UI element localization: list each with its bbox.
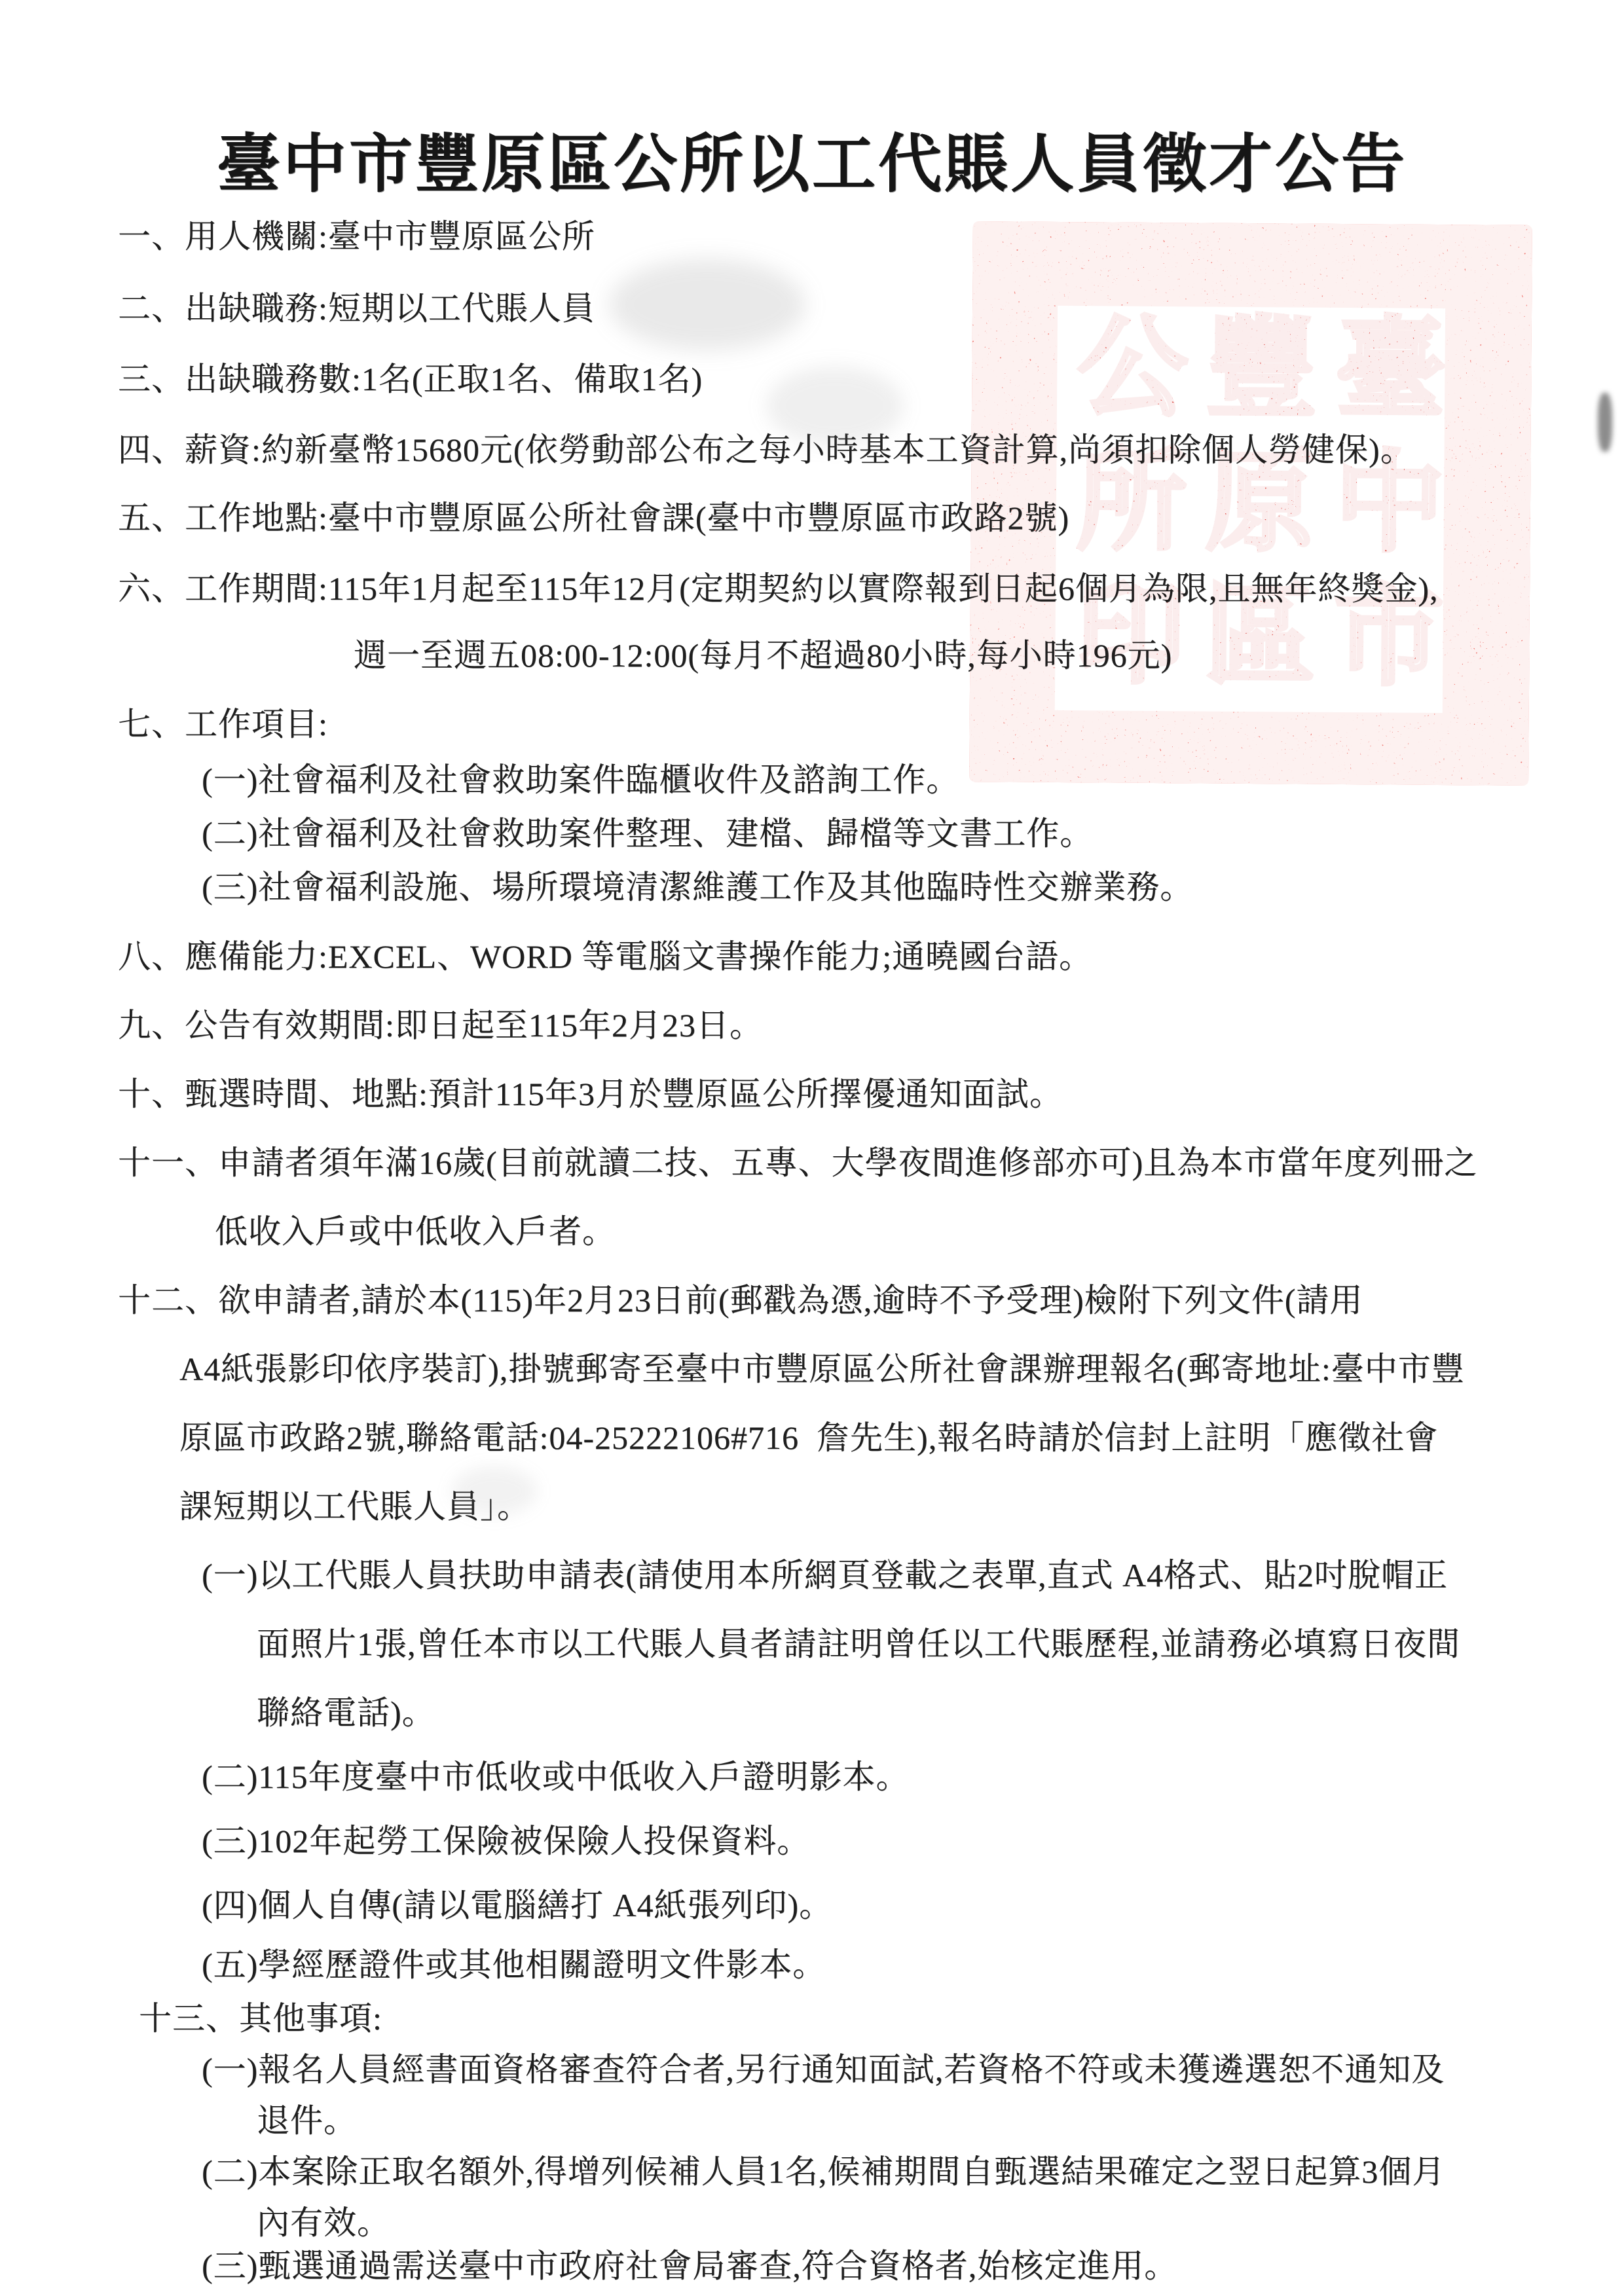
scan-smudge bbox=[609, 259, 805, 350]
doc-line: (五)學經歷證件或其他相關證明文件影本。 bbox=[202, 1944, 826, 1985]
doc-line: (三)社會福利設施、場所環境清潔維護工作及其他臨時性交辦業務。 bbox=[202, 867, 1193, 907]
doc-line: 聯絡電話)。 bbox=[257, 1692, 435, 1733]
doc-line: (三)102年起勞工保險被保險人投保資料。 bbox=[202, 1821, 810, 1861]
doc-line: (四)個人自傳(請以電腦繕打 A4紙張列印)。 bbox=[202, 1885, 832, 1925]
doc-line: 課短期以工代賬人員」。 bbox=[179, 1486, 530, 1527]
doc-line: 原區市政路2號,聯絡電話:04-25222106#716 詹先生),報名時請於信… bbox=[179, 1417, 1438, 1458]
doc-line: (二)115年度臺中市低收或中低收入戶證明影本。 bbox=[202, 1757, 909, 1797]
doc-line: 七、工作項目: bbox=[118, 704, 328, 744]
doc-line: (二)本案除正取名額外,得增列候補人員1名,候補期間自甄選結果確定之翌日起算3個… bbox=[202, 2151, 1445, 2192]
doc-line: (一)報名人員經書面資格審查符合者,另行通知面試,若資格不符或未獲遴選恕不通知及 bbox=[202, 2049, 1445, 2090]
doc-line: 十一、申請者須年滿16歲(目前就讀二技、五專、大學夜間進修部亦可)且為本市當年度… bbox=[118, 1142, 1477, 1183]
doc-line: 九、公告有效期間:即日起至115年2月23日。 bbox=[118, 1005, 763, 1046]
doc-line: 一、用人機關:臺中市豐原區公所 bbox=[118, 216, 595, 257]
doc-line: 二、出缺職務:短期以工代賬人員 bbox=[118, 288, 595, 329]
doc-line: (三)甄選通過需送臺中市政府社會局審查,符合資格者,始核定進用。 bbox=[202, 2246, 1177, 2286]
doc-line: A4紙張影印依序裝訂),掛號郵寄至臺中市豐原區公所社會課辦理報名(郵寄地址:臺中… bbox=[179, 1349, 1465, 1389]
seal-inner: 臺中市豐原區公所印 bbox=[1055, 306, 1445, 713]
seal-text: 臺中市豐原區公所印 bbox=[1055, 306, 1445, 713]
document-page: 臺中市豐原區公所以工代賬人員徵才公告 一、用人機關:臺中市豐原區公所 二、出缺職… bbox=[0, 0, 1624, 2296]
doc-line: 低收入戶或中低收入戶者。 bbox=[215, 1211, 616, 1252]
doc-line: 十三、其他事項: bbox=[139, 1998, 382, 2039]
official-seal: 臺中市豐原區公所印 bbox=[969, 221, 1532, 786]
doc-line: (一)社會福利及社會救助案件臨櫃收件及諮詢工作。 bbox=[202, 759, 959, 800]
doc-line: 三、出缺職務數:1名(正取1名、備取1名) bbox=[118, 359, 703, 399]
doc-line: 退件。 bbox=[257, 2100, 357, 2141]
doc-line: 五、工作地點:臺中市豐原區公所社會課(臺中市豐原區市政路2號) bbox=[118, 498, 1069, 538]
doc-line: 內有效。 bbox=[257, 2202, 390, 2243]
doc-line: 八、應備能力:EXCEL、WORD 等電腦文書操作能力;通曉國台語。 bbox=[118, 936, 1092, 977]
doc-line: 面照片1張,曾任本市以工代賬人員者請註明曾任以工代賬歷程,並請務必填寫日夜間 bbox=[257, 1624, 1460, 1664]
doc-line: (一)以工代賬人員扶助申請表(請使用本所網頁登載之表單,直式 A4格式、貼2吋脫… bbox=[202, 1555, 1448, 1595]
doc-line: (二)社會福利及社會救助案件整理、建檔、歸檔等文書工作。 bbox=[202, 813, 1093, 854]
page-title: 臺中市豐原區公所以工代賬人員徵才公告 bbox=[0, 113, 1624, 204]
scan-smudge bbox=[1598, 393, 1612, 452]
doc-line: 十、甄選時間、地點:預計115年3月於豐原區公所擇優通知面試。 bbox=[118, 1074, 1063, 1114]
doc-line: 十二、欲申請者,請於本(115)年2月23日前(郵戳為憑,逾時不予受理)檢附下列… bbox=[118, 1280, 1363, 1321]
